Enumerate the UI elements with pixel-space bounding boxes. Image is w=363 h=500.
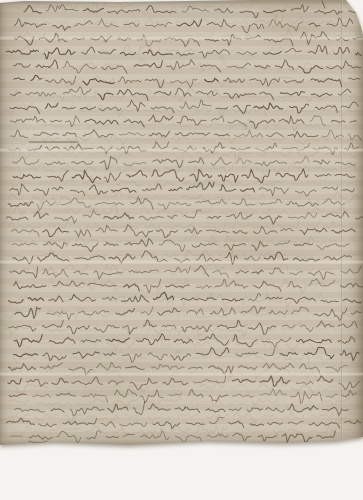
letter-page-wrapper: [0, 0, 363, 448]
scan-background: [0, 0, 363, 500]
letter-page: [0, 0, 363, 446]
handwriting: [0, 0, 363, 446]
